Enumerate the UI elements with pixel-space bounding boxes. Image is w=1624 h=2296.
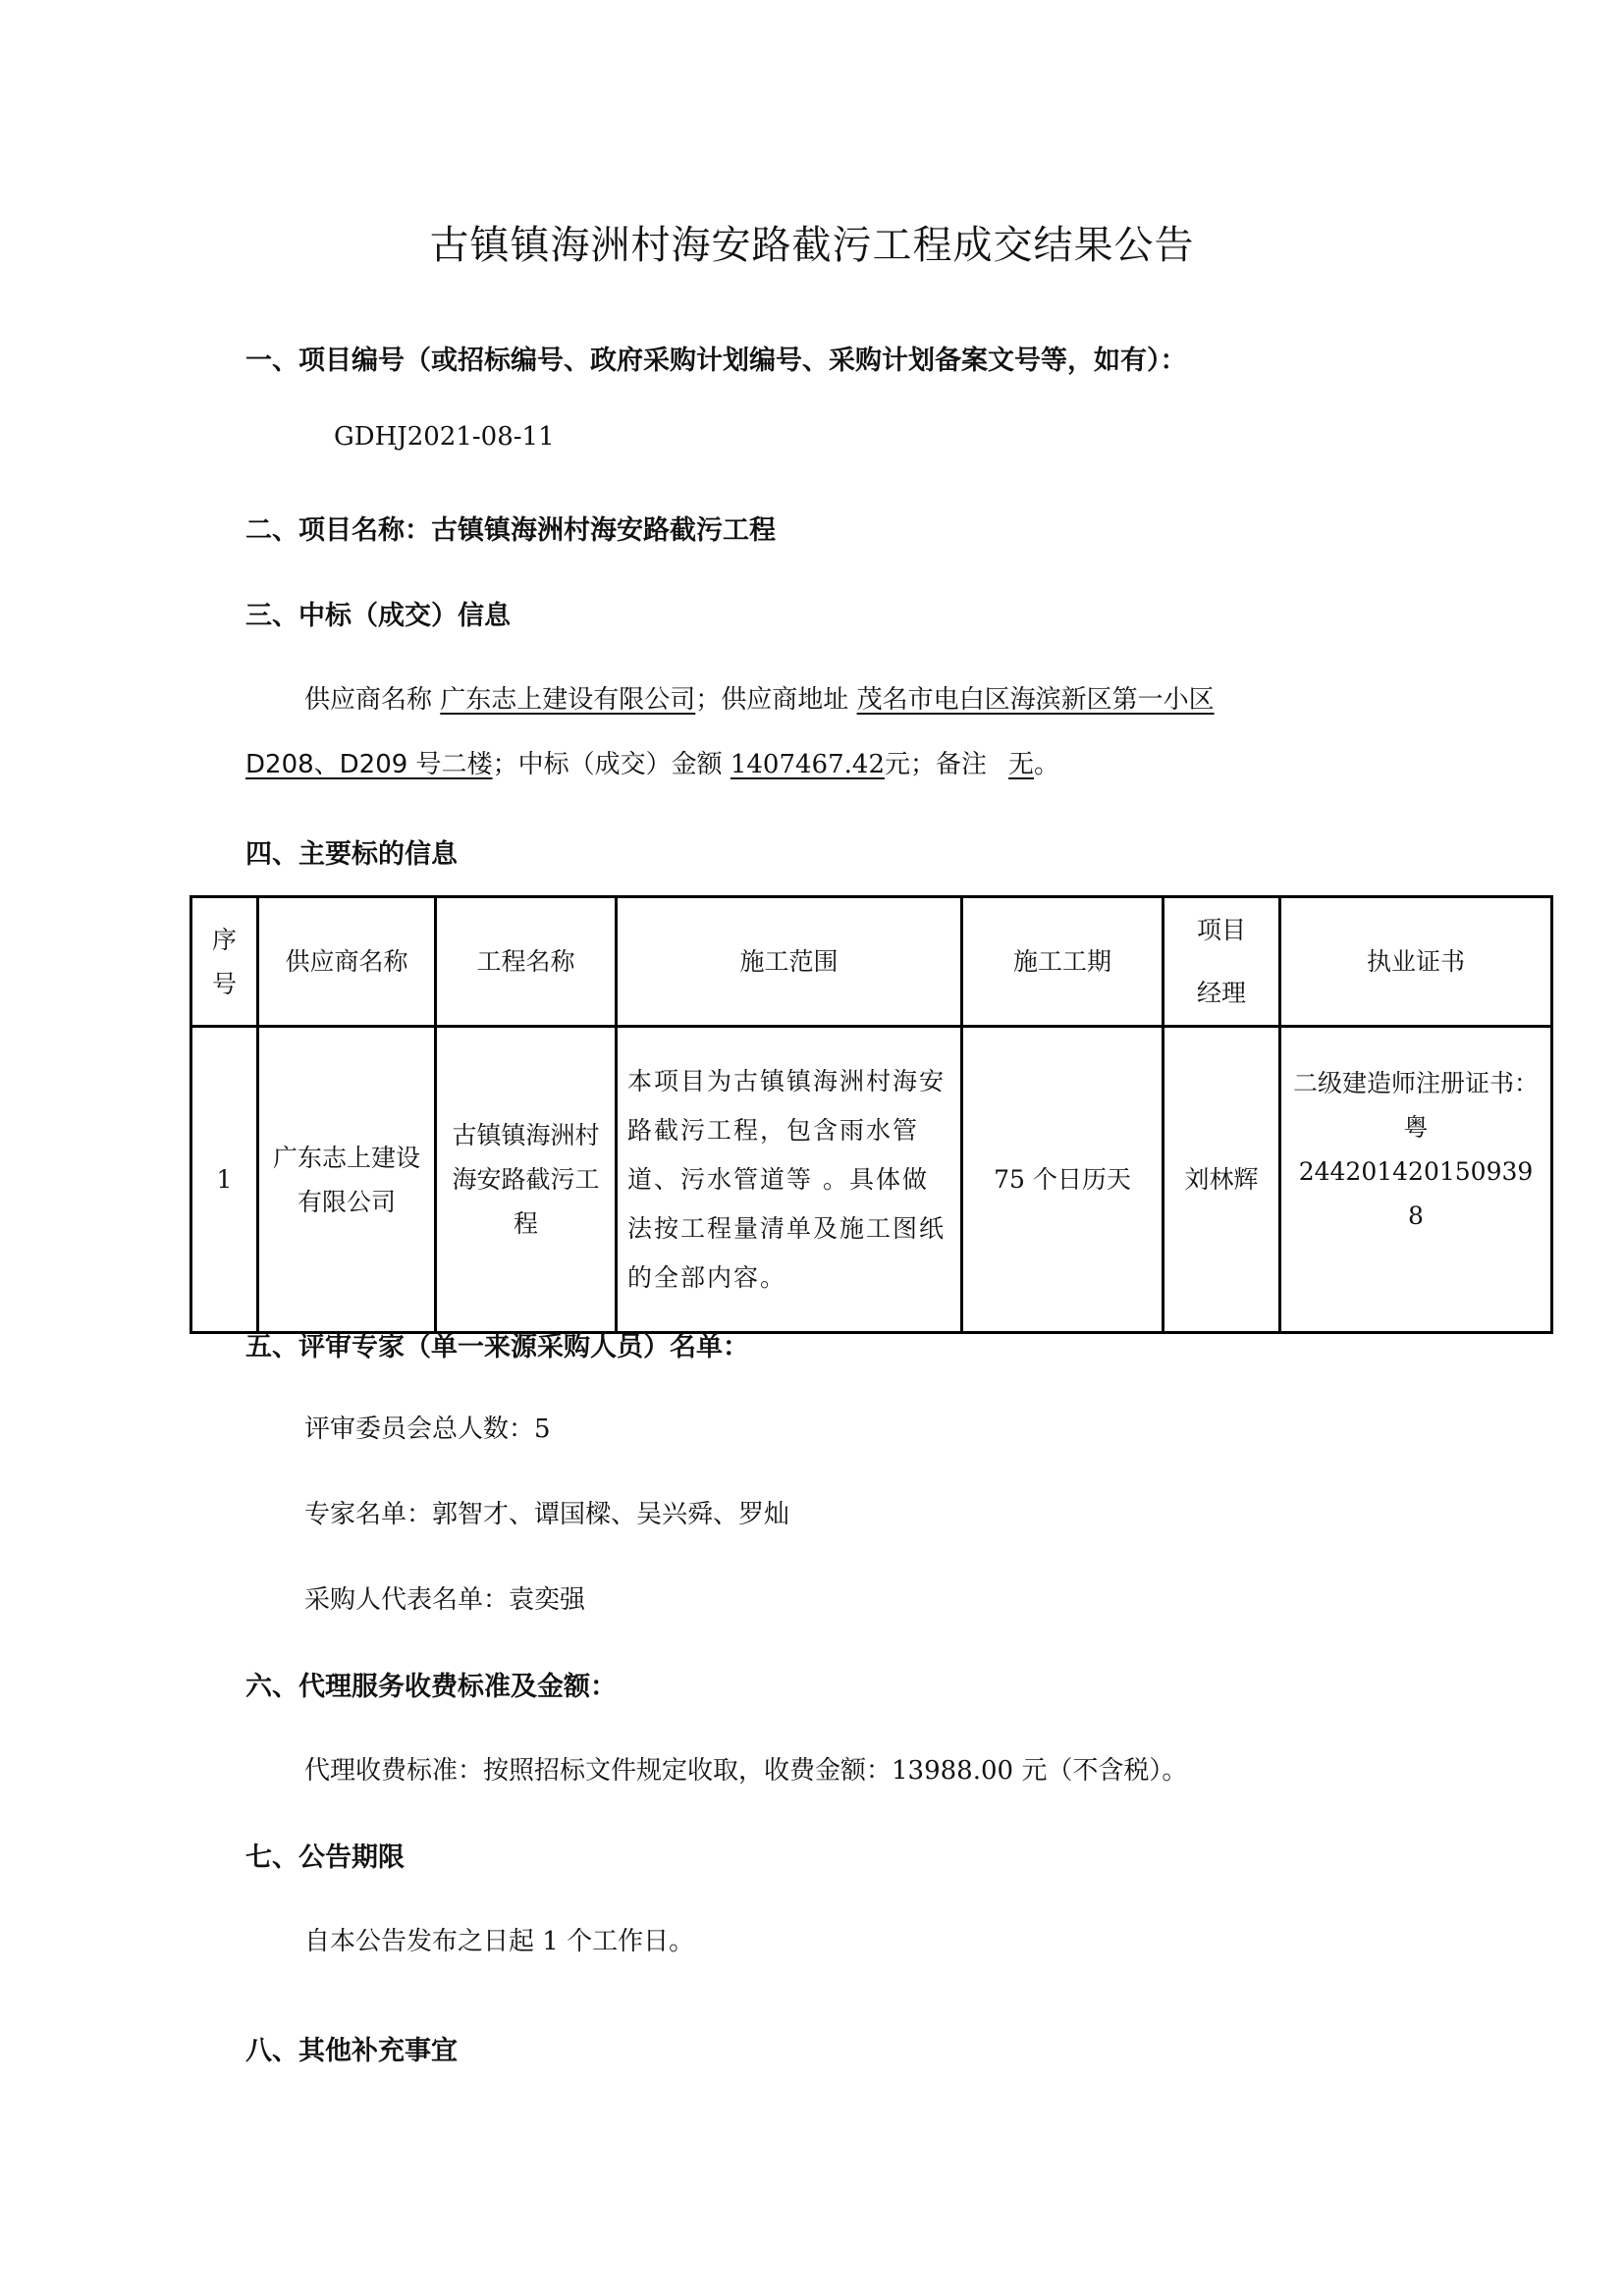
header-supplier: 供应商名称 [258,897,436,1027]
cell-supplier: 广东志上建设有限公司 [258,1027,436,1333]
award-info-line-1: 供应商名称 广东志上建设有限公司；供应商地址 茂名市电白区海滨新区第一小区 [304,679,1215,716]
supplier-address-line-2: D208、D209 号二楼 [245,750,493,779]
section-4-heading: 四、主要标的信息 [245,832,458,871]
header-period: 施工工期 [962,897,1164,1027]
expert-list: 专家名单：郭智才、谭国樑、吴兴舜、罗灿 [304,1494,789,1530]
header-manager-line-2: 经理 [1174,962,1269,1025]
award-amount-unit: 元；备注 [885,750,987,779]
supplier-name: 广东志上建设有限公司 [440,685,695,715]
award-info-line-2: D208、D209 号二楼；中标（成交）金额 1407467.42元；备注无。 [245,744,1059,780]
section-1-heading: 一、项目编号（或招标编号、政府采购计划编号、采购计划备案文号等，如有）： [245,339,1187,377]
header-no-line-2: 号 [202,962,246,1006]
section-3-heading: 三、中标（成交）信息 [245,594,511,632]
table-header-row: 序 号 供应商名称 工程名称 施工范围 施工工期 项目 经理 执业证书 [191,897,1552,1027]
award-amount: 1407467.42 [731,750,885,779]
header-manager: 项目 经理 [1164,897,1280,1027]
project-number: GDHJ2021-08-11 [334,422,555,452]
remark-value: 无 [987,750,1034,779]
main-subject-table: 序 号 供应商名称 工程名称 施工范围 施工工期 项目 经理 执业证书 1 广东… [189,895,1553,1334]
remark-end: 。 [1034,750,1059,779]
award-amount-label: ；中标（成交）金额 [493,750,723,779]
cert-line-2: 2442014201509398 [1291,1149,1541,1238]
section-6-heading: 六、代理服务收费标准及金额： [245,1665,617,1703]
header-scope: 施工范围 [617,897,962,1027]
supplier-name-label: 供应商名称 [304,685,432,715]
section-8-heading: 八、其他补充事宜 [245,2029,458,2067]
cell-no: 1 [191,1027,258,1333]
section-5-heading: 五、评审专家（单一来源采购人员）名单： [245,1325,749,1363]
document-title: 古镇镇海洲村海安路截污工程成交结果公告 [0,214,1624,270]
agency-fee: 代理收费标准：按照招标文件规定收取，收费金额：13988.00 元（不含税）。 [304,1750,1187,1787]
header-no: 序 号 [191,897,258,1027]
header-no-line-1: 序 [202,918,246,962]
purchaser-representative: 采购人代表名单：袁奕强 [304,1579,585,1616]
supplier-address-line-1: 茂名市电白区海滨新区第一小区 [857,685,1215,715]
supplier-address-label: ；供应商地址 [695,685,848,715]
section-7-heading: 七、公告期限 [245,1836,405,1874]
cell-manager: 刘林辉 [1164,1027,1280,1333]
table-row: 1 广东志上建设有限公司 古镇镇海洲村海安路截污工程 本项目为古镇镇海洲村海安路… [191,1027,1552,1333]
header-cert: 执业证书 [1280,897,1552,1027]
cert-line-1: 二级建造师注册证书：粤 [1291,1061,1541,1149]
document-page: 古镇镇海洲村海安路截污工程成交结果公告 一、项目编号（或招标编号、政府采购计划编… [0,0,1624,2296]
cell-period: 75 个日历天 [962,1027,1164,1333]
header-manager-line-1: 项目 [1174,899,1269,962]
section-2-heading: 二、项目名称：古镇镇海洲村海安路截污工程 [245,508,776,547]
cell-scope: 本项目为古镇镇海洲村海安路截污工程，包含雨水管道、污水管道等 。具体做法按工程量… [617,1027,962,1333]
announcement-period: 自本公告发布之日起 1 个工作日。 [304,1921,694,1957]
cell-cert: 二级建造师注册证书：粤 2442014201509398 [1280,1027,1552,1333]
header-project: 工程名称 [436,897,617,1027]
cell-project: 古镇镇海洲村海安路截污工程 [436,1027,617,1333]
committee-count: 评审委员会总人数：5 [304,1409,551,1445]
